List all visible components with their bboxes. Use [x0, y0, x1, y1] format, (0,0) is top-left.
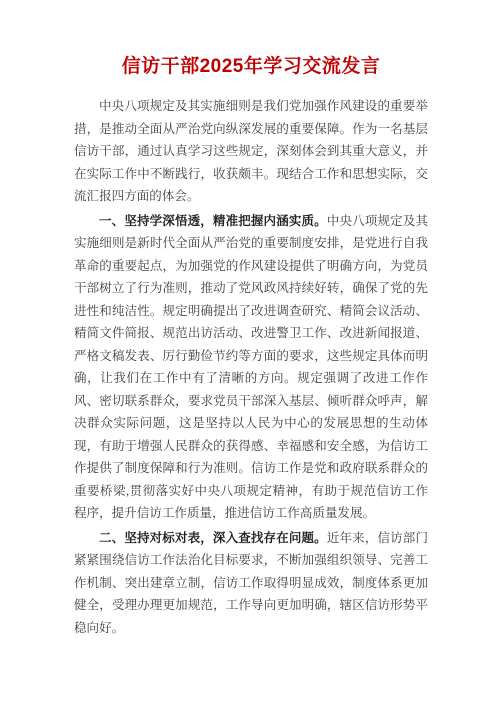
paragraph-text: 中央八项规定及其实施细则是新时代全面从严治党的重要制度安排，是党进行自我革命的重…	[74, 214, 428, 521]
paragraph-section-1: 一、坚持学深悟透，精准把握内涵实质。中央八项规定及其实施细则是新时代全面从严治党…	[74, 210, 428, 525]
paragraph-text: 近年来，信访部门紧紧围绕信访工作法治化目标要求，不断加强组织领导、完善工作机制、…	[74, 531, 428, 635]
document-page: 信访干部2025年学习交流发言 中央八项规定及其实施细则是我们党加强作风建设的重…	[0, 0, 500, 707]
paragraph-intro: 中央八项规定及其实施细则是我们党加强作风建设的重要举措，是推动全面从严治党向纵深…	[74, 95, 428, 208]
paragraph-text: 中央八项规定及其实施细则是我们党加强作风建设的重要举措，是推动全面从严治党向纵深…	[74, 99, 428, 203]
section-2-heading: 二、坚持对标对表，深入查找存在问题。	[99, 531, 327, 545]
doc-title: 信访干部2025年学习交流发言	[74, 52, 428, 82]
section-1-heading: 一、坚持学深悟透，精准把握内涵实质。	[99, 214, 327, 228]
paragraph-section-2: 二、坚持对标对表，深入查找存在问题。近年来，信访部门紧紧围绕信访工作法治化目标要…	[74, 527, 428, 640]
